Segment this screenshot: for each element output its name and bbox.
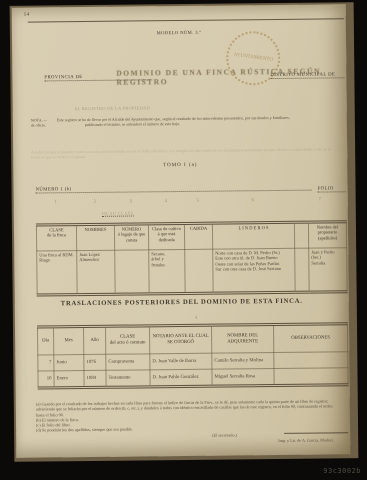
col-num: 3	[114, 199, 148, 204]
finca-header-cultivo: Clase de cultivo á que está dedicada	[148, 223, 184, 249]
document-page: 14 MODELO NÚM. 3.º DOMINIO DE UNA FINCA …	[12, 4, 351, 457]
secretario-note: (El secretario.)	[212, 432, 237, 438]
tras-cell-mes: Enero	[54, 371, 84, 388]
scan-watermark: 93c3002b	[323, 467, 361, 475]
finca-cell-linderos: Norte con casa de D. M. Pedro (Sr.) Este…	[213, 248, 295, 293]
tras-header-observaciones: OBSERVACIONES	[273, 324, 347, 353]
tras-cell-ano: 1876	[84, 354, 106, 370]
traslacion-row: 10 Enero 1884 Testamento D. Juan Pablo G…	[38, 368, 348, 388]
col-num: 1	[36, 200, 76, 205]
finca-column-numbers: 1 2 3 4 5 6 7	[36, 197, 346, 205]
tras-cell-clase: Testamento	[106, 370, 150, 387]
numero-field: NÚMERO 1 (b)	[36, 185, 312, 194]
traslaciones-table: Día Mes Año CLASE del acto ó contrato NO…	[37, 322, 349, 389]
tras-header-notario: NOTARIO ANTE EL CUAL SE OTORGÓ	[149, 325, 211, 354]
round-stamp-text: AYUNTAMIENTO	[233, 53, 273, 64]
tras-header-clase: CLASE del acto ó contrato	[105, 326, 149, 354]
col-num: 7	[294, 197, 346, 203]
nota-text: Este registro se ha de llevar por el Alc…	[57, 114, 347, 127]
model-label: MODELO NÚM. 3.º	[12, 28, 346, 36]
nota-label: NOTA.— de oficio.	[31, 117, 55, 128]
finca-header-cabida: CABIDA	[184, 223, 212, 249]
finca-cell-nombres: Juan López Almendros	[77, 250, 115, 294]
finca-header-blank	[294, 222, 308, 248]
faint-paragraph: A todos los que el presente vieren se ha…	[31, 146, 331, 160]
distrito-field: DISTRITO MUNICIPAL DE	[270, 72, 344, 79]
col-num: 4	[148, 199, 184, 204]
imprenta-note: Imp. y Lit. de A. García, Madrid.	[278, 437, 334, 443]
finca-cell-propietario: Juan y Pedro (her.) Serralta	[309, 248, 347, 292]
numero-label: NÚMERO 1 (b)	[36, 187, 72, 192]
provincia-label: PROVINCIA DE	[44, 75, 82, 80]
tras-cell-adquirente: Camilo Serralta y Molina	[212, 353, 274, 370]
finca-cell-clase: Una finca al RDM. Riego	[37, 251, 77, 295]
top-rule	[28, 18, 344, 22]
finca-header-numero: NÚMERO ó legajo de que consta	[114, 224, 148, 250]
section-title: TRASLACIONES POSTERIORES DEL DOMINIO DE …	[15, 297, 349, 307]
finca-row: Una finca al RDM. Riego Juan López Almen…	[37, 248, 347, 295]
col-num: 6	[212, 198, 294, 204]
folio-label: FOLIO	[318, 186, 334, 191]
tras-header-dia: Día	[37, 327, 53, 355]
col-num: 5	[184, 199, 212, 204]
tras-cell-ano: 1884	[84, 370, 106, 387]
finca-header-nombres: NOMBRES	[76, 224, 114, 250]
tras-cell-adquirente: Miguel Serralta Rosa	[212, 369, 274, 387]
traslaciones-column-mark: 4	[195, 316, 198, 321]
finca-cell-cabida	[185, 249, 213, 293]
finca-cell-blank	[295, 248, 309, 292]
provincia-field: PROVINCIA DE	[44, 74, 150, 81]
su-clase-label: DE SU CLASE	[102, 210, 134, 216]
tras-cell-mes: Junio	[54, 355, 84, 371]
finca-header-propietario: Nombre del propietario (apellidos)	[308, 222, 346, 248]
distrito-label: DISTRITO MUNICIPAL DE	[270, 72, 335, 78]
tras-cell-observaciones	[274, 368, 348, 386]
scanned-document: 14 MODELO NÚM. 3.º DOMINIO DE UNA FINCA …	[0, 0, 367, 480]
tras-cell-clase: Compraventa	[106, 354, 150, 370]
finca-header-clase: CLASE de la finca	[36, 225, 76, 251]
finca-table: CLASE de la finca NOMBRES NÚMERO ó legaj…	[36, 220, 348, 296]
registro-line: EL REGISTRO DE LA PROPIEDAD	[75, 105, 150, 111]
col-num: 2	[76, 200, 114, 205]
folio-field: FOLIO	[318, 186, 346, 192]
tras-cell-notario: D. Juan Valle de Ibarra	[150, 353, 212, 370]
page-number: 14	[24, 13, 30, 18]
finca-cell-numero	[115, 250, 149, 294]
finca-cell-cultivo: Secano, árbol y frutales	[149, 249, 185, 293]
tras-header-adquirente: NOMBRE DEL ADQUIRENTE	[211, 325, 273, 354]
tomo-line: TOMO I (a)	[13, 161, 347, 169]
signature-line	[284, 432, 348, 434]
tras-header-mes: Mes	[53, 327, 83, 355]
tras-cell-dia: 10	[38, 371, 54, 388]
tras-header-ano: Año	[83, 326, 105, 354]
footnotes: (a) Cuando por el resultado de los traba…	[36, 398, 342, 433]
finca-header-linderos: L I N D E R O S	[212, 222, 294, 249]
tras-cell-notario: D. Juan Pablo González	[150, 369, 212, 387]
tras-cell-observaciones	[274, 352, 348, 369]
tras-cell-dia: 7	[38, 355, 54, 371]
